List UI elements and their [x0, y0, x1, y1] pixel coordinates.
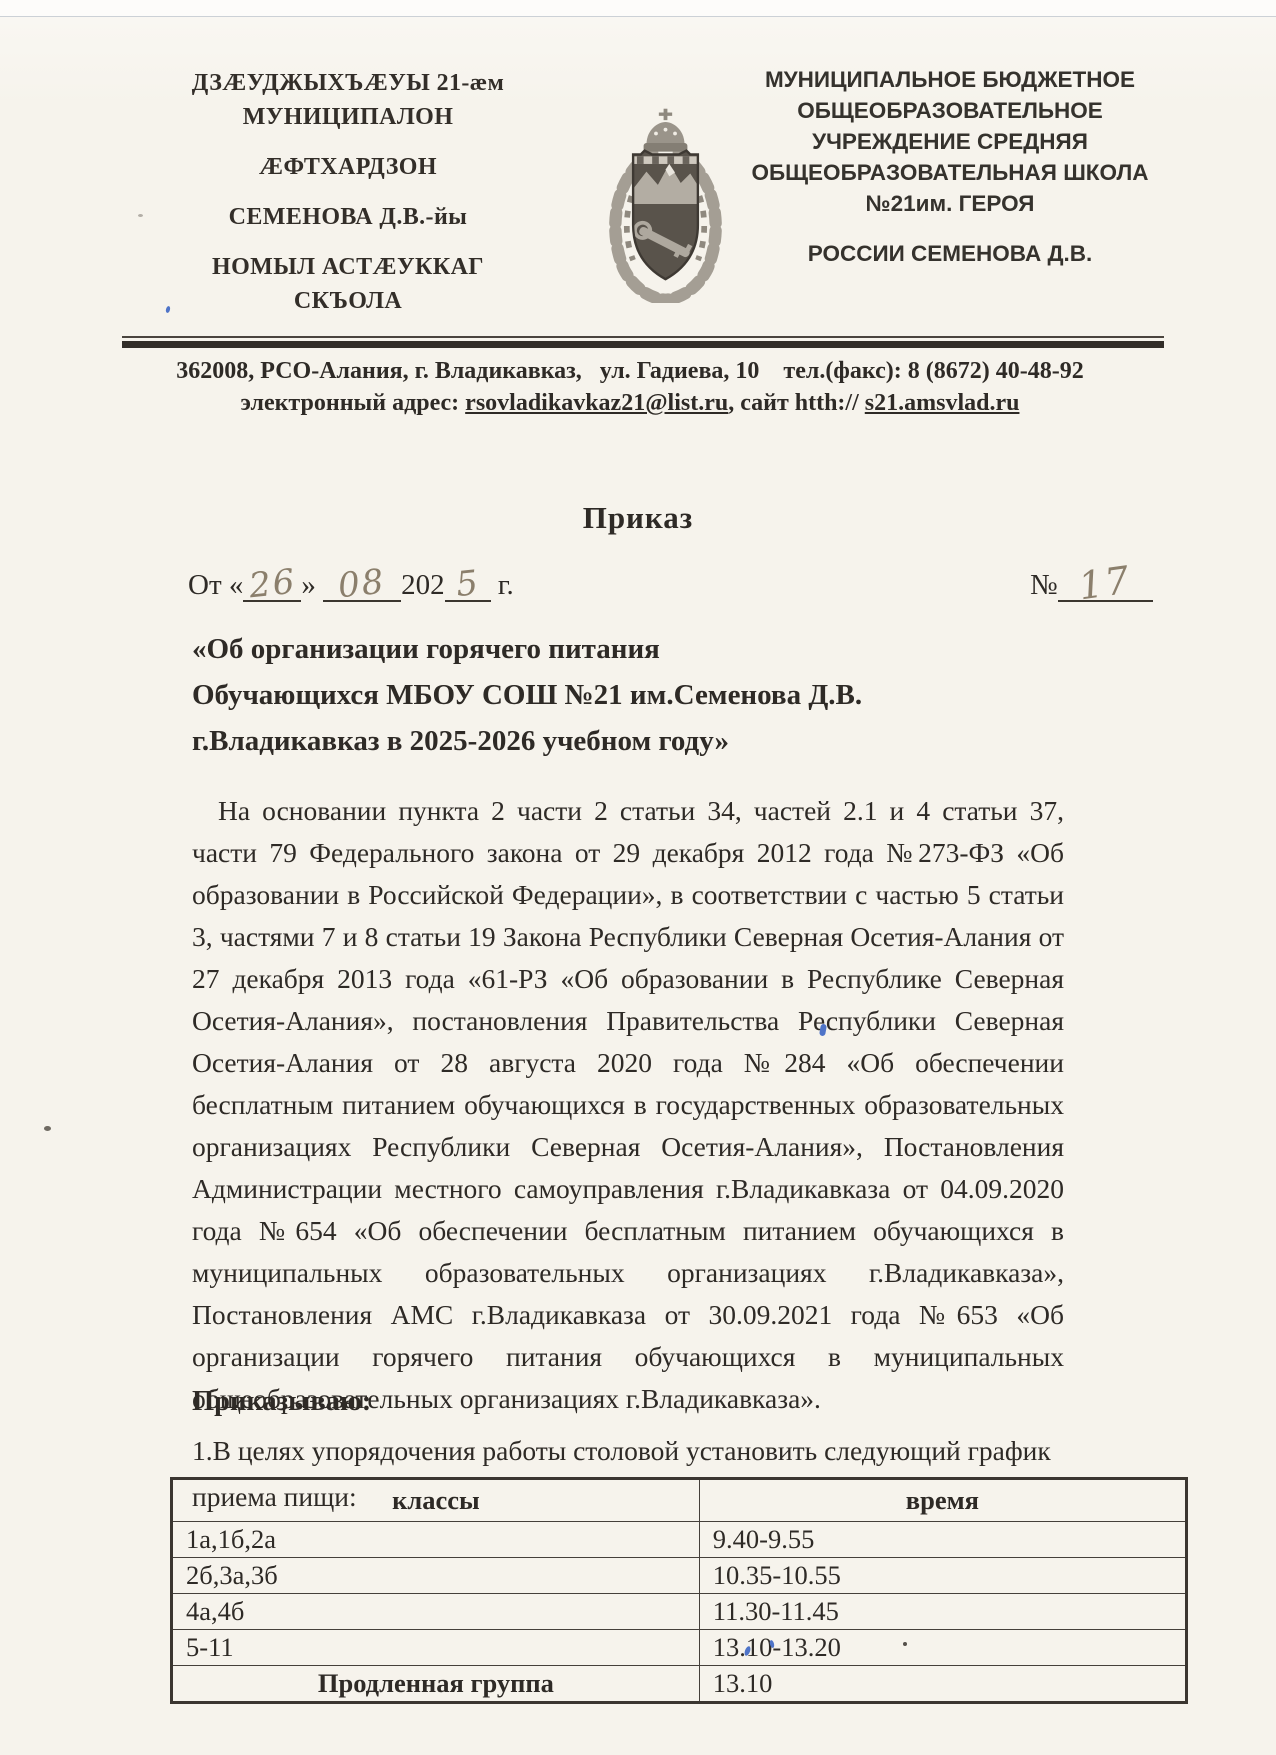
letterhead-right-line: ОБЩЕОБРАЗОВАТЕЛЬНАЯ ШКОЛА — [730, 157, 1170, 188]
table-row: 1а,1б,2а 9.40-9.55 — [172, 1522, 1187, 1558]
letterhead-right-line: УЧРЕЖДЕНИЕ СРЕДНЯЯ — [730, 126, 1170, 157]
scan-speck — [44, 1126, 51, 1131]
table-row: 5-11 13.10-13.20 — [172, 1630, 1187, 1666]
time-cell: 10.35-10.55 — [699, 1558, 1186, 1594]
date-year-blank: 5 — [445, 566, 491, 602]
subject-line: Обучающихся МБОУ СОШ №21 им.Семенова Д.В… — [192, 672, 862, 718]
letterhead-left-line: МУНИЦИПАЛОН — [158, 100, 538, 134]
order-number: №17 — [1030, 566, 1153, 602]
handwritten-number: 17 — [1076, 561, 1133, 606]
number-sign: № — [1030, 569, 1058, 601]
table-row: 4а,4б 11.30-11.45 — [172, 1594, 1187, 1630]
letterhead-right-line: ОБЩЕОБРАЗОВАТЕЛЬНОЕ — [730, 95, 1170, 126]
date-month-blank: 08 — [323, 566, 401, 602]
address-line: 362008, РСО-Алания, г. Владикавказ, ул. … — [80, 358, 1180, 385]
coat-of-arms-icon — [578, 103, 753, 303]
time-cell: 13.10 — [699, 1666, 1186, 1703]
scan-edge — [0, 0, 1276, 17]
classes-cell: 5-11 — [172, 1630, 700, 1666]
order-subject: «Об организации горячего питания Обучающ… — [192, 626, 862, 764]
classes-cell: 2б,3а,3б — [172, 1558, 700, 1594]
letterhead-left-line: ÆФТХАРДЗОН — [158, 150, 538, 184]
table-row: Продленная группа 13.10 — [172, 1666, 1187, 1703]
time-cell: 11.30-11.45 — [699, 1594, 1186, 1630]
handwritten-month: 08 — [337, 565, 388, 604]
subject-line: «Об организации горячего питания — [192, 626, 862, 672]
letterhead-right-line: №21им. ГЕРОЯ — [730, 188, 1170, 219]
document-title: Приказ — [0, 500, 1276, 536]
classes-cell: 1а,1б,2а — [172, 1522, 700, 1558]
site-label: , сайт htth:// — [728, 390, 865, 416]
site-link[interactable]: s21.amsvlad.ru — [865, 390, 1020, 416]
letterhead-left-line: ДЗÆУДЖЫХЪÆУЫ 21-æм — [158, 66, 538, 100]
handwritten-day: 26 — [247, 565, 298, 604]
order-heading: Приказываю: — [192, 1386, 371, 1418]
letterhead-left: ДЗÆУДЖЫХЪÆУЫ 21-æм МУНИЦИПАЛОН ÆФТХАРДЗО… — [158, 66, 538, 318]
date-suffix: г. — [491, 569, 514, 601]
scanned-order-document: ДЗÆУДЖЫХЪÆУЫ 21-æм МУНИЦИПАЛОН ÆФТХАРДЗО… — [0, 0, 1276, 1755]
subject-line: г.Владикавказ в 2025-2026 учебном году» — [192, 718, 862, 764]
scan-speck — [138, 214, 143, 217]
number-blank: 17 — [1058, 566, 1153, 602]
time-cell: 9.40-9.55 — [699, 1522, 1186, 1558]
date-line: От «26» 082025 г. — [188, 566, 514, 602]
letterhead-right-line: МУНИЦИПАЛЬНОЕ БЮДЖЕТНОЕ — [730, 64, 1170, 95]
handwritten-year-digit: 5 — [454, 566, 481, 602]
scan-speck — [903, 1642, 907, 1646]
header-divider — [122, 336, 1164, 348]
table-row: 2б,3а,3б 10.35-10.55 — [172, 1558, 1187, 1594]
email-link[interactable]: rsovladikavkaz21@list.ru — [465, 390, 728, 416]
letterhead-right-line: РОССИИ СЕМЕНОВА Д.В. — [730, 238, 1170, 269]
letterhead-left-line: СЕМЕНОВА Д.В.-йы — [158, 200, 538, 234]
date-prefix: От « — [188, 569, 243, 601]
table-header-row: классы время — [172, 1479, 1187, 1522]
meal-schedule-table: классы время 1а,1б,2а 9.40-9.55 2б,3а,3б… — [170, 1477, 1188, 1704]
letterhead-left-line: СКЪОЛА — [158, 284, 538, 318]
table-header-time: время — [699, 1479, 1186, 1522]
contact-line: электронный адрес: rsovladikavkaz21@list… — [80, 390, 1180, 417]
email-label: электронный адрес: — [241, 390, 466, 416]
date-day-blank: 26 — [243, 566, 301, 602]
order-preamble: На основании пункта 2 части 2 статьи 34,… — [192, 790, 1064, 1420]
classes-cell: 4а,4б — [172, 1594, 700, 1630]
table-header-classes: классы — [172, 1479, 700, 1522]
date-close-quote: » — [301, 569, 316, 601]
letterhead-left-line: НОМЫЛ АСТÆУККАГ — [158, 250, 538, 284]
classes-cell: Продленная группа — [172, 1666, 700, 1703]
date-year-printed: 202 — [401, 569, 445, 601]
letterhead-right: МУНИЦИПАЛЬНОЕ БЮДЖЕТНОЕ ОБЩЕОБРАЗОВАТЕЛЬ… — [730, 64, 1170, 269]
